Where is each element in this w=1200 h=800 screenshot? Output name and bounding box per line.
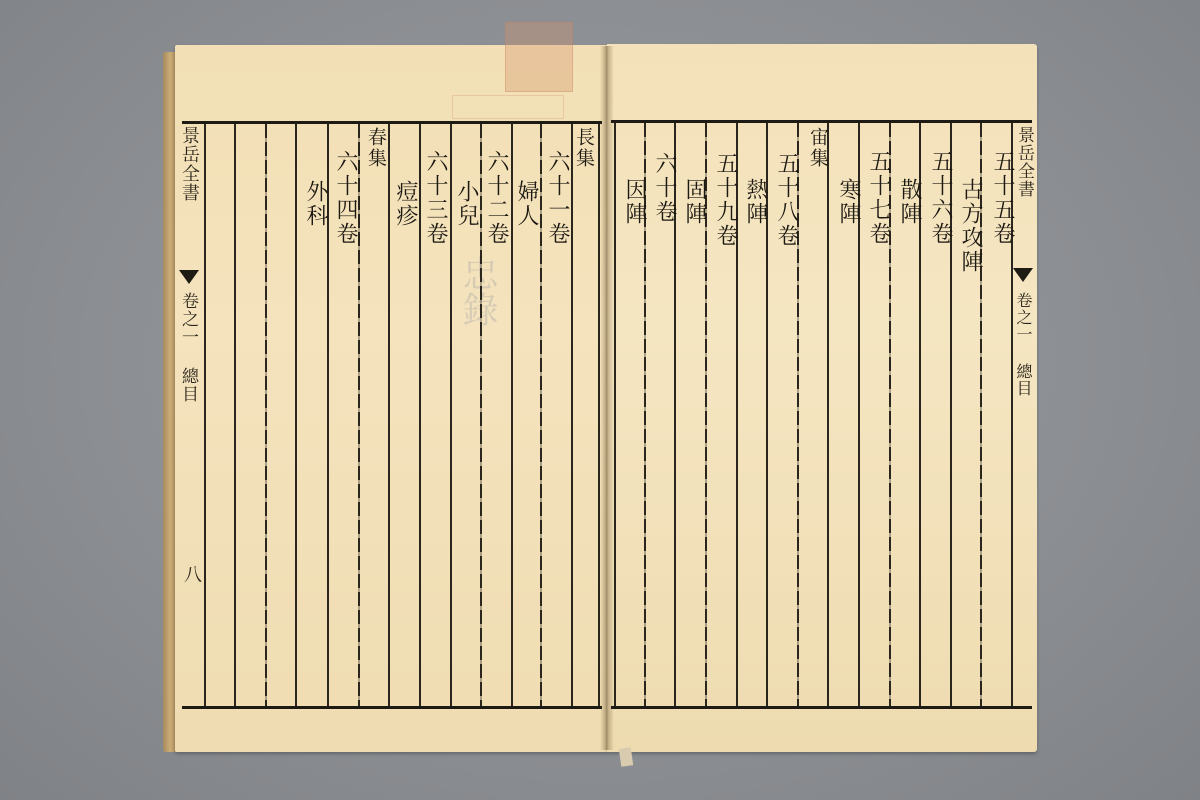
column-rule [827,123,829,706]
collection-label: 宙集 [804,127,832,169]
fishtail-mark [1013,268,1033,282]
margin-book-title: 景岳全書 [176,126,202,202]
volume-label: 五十九卷 [711,152,739,248]
frame-rule [204,124,206,706]
subject-label: 古方攻陣 [956,178,984,274]
faint-seal-stamp [452,95,564,119]
volume-label: 六十卷 [650,152,678,224]
column-rule [265,124,267,706]
volume-label: 六十三卷 [421,150,449,246]
subject-label: 外科 [301,180,329,228]
collection-label: 春集 [362,127,390,169]
volume-label: 五十八卷 [772,152,800,248]
red-seal-stamp [505,22,573,92]
collection-label: 長集 [570,127,598,169]
subject-label: 固陣 [680,178,708,226]
volume-label: 五十六卷 [926,150,954,246]
subject-label: 散陣 [895,178,923,226]
margin-section-title: 卷之一 總目 [176,292,201,403]
subject-label: 痘疹 [391,180,419,228]
column-rule [234,124,236,706]
open-book: 忠錄 景岳全書 卷之一 總目 八 長集 六十一卷 婦人 六十二卷 小兒 六十三卷… [0,0,1200,800]
subject-label: 寒陣 [834,178,862,226]
volume-label: 六十四卷 [331,150,359,246]
column-rule [295,124,297,706]
frame-rule [614,123,616,706]
margin-section-title: 卷之一 總目 [1012,292,1035,397]
volume-label: 五十七卷 [864,150,892,246]
subject-label: 因陣 [620,178,648,226]
column-rule [540,124,542,706]
volume-label: 六十二卷 [482,150,510,246]
subject-label: 婦人 [512,180,540,228]
page-number: 八 [178,565,204,584]
volume-label: 六十一卷 [543,150,571,246]
bookmark-ribbon [619,747,633,766]
volume-label: 五十五卷 [988,150,1016,246]
fishtail-mark [179,270,199,284]
subject-label: 熱陣 [741,178,769,226]
subject-label: 小兒 [452,180,480,228]
column-rule [388,124,390,706]
column-rule [571,124,573,706]
